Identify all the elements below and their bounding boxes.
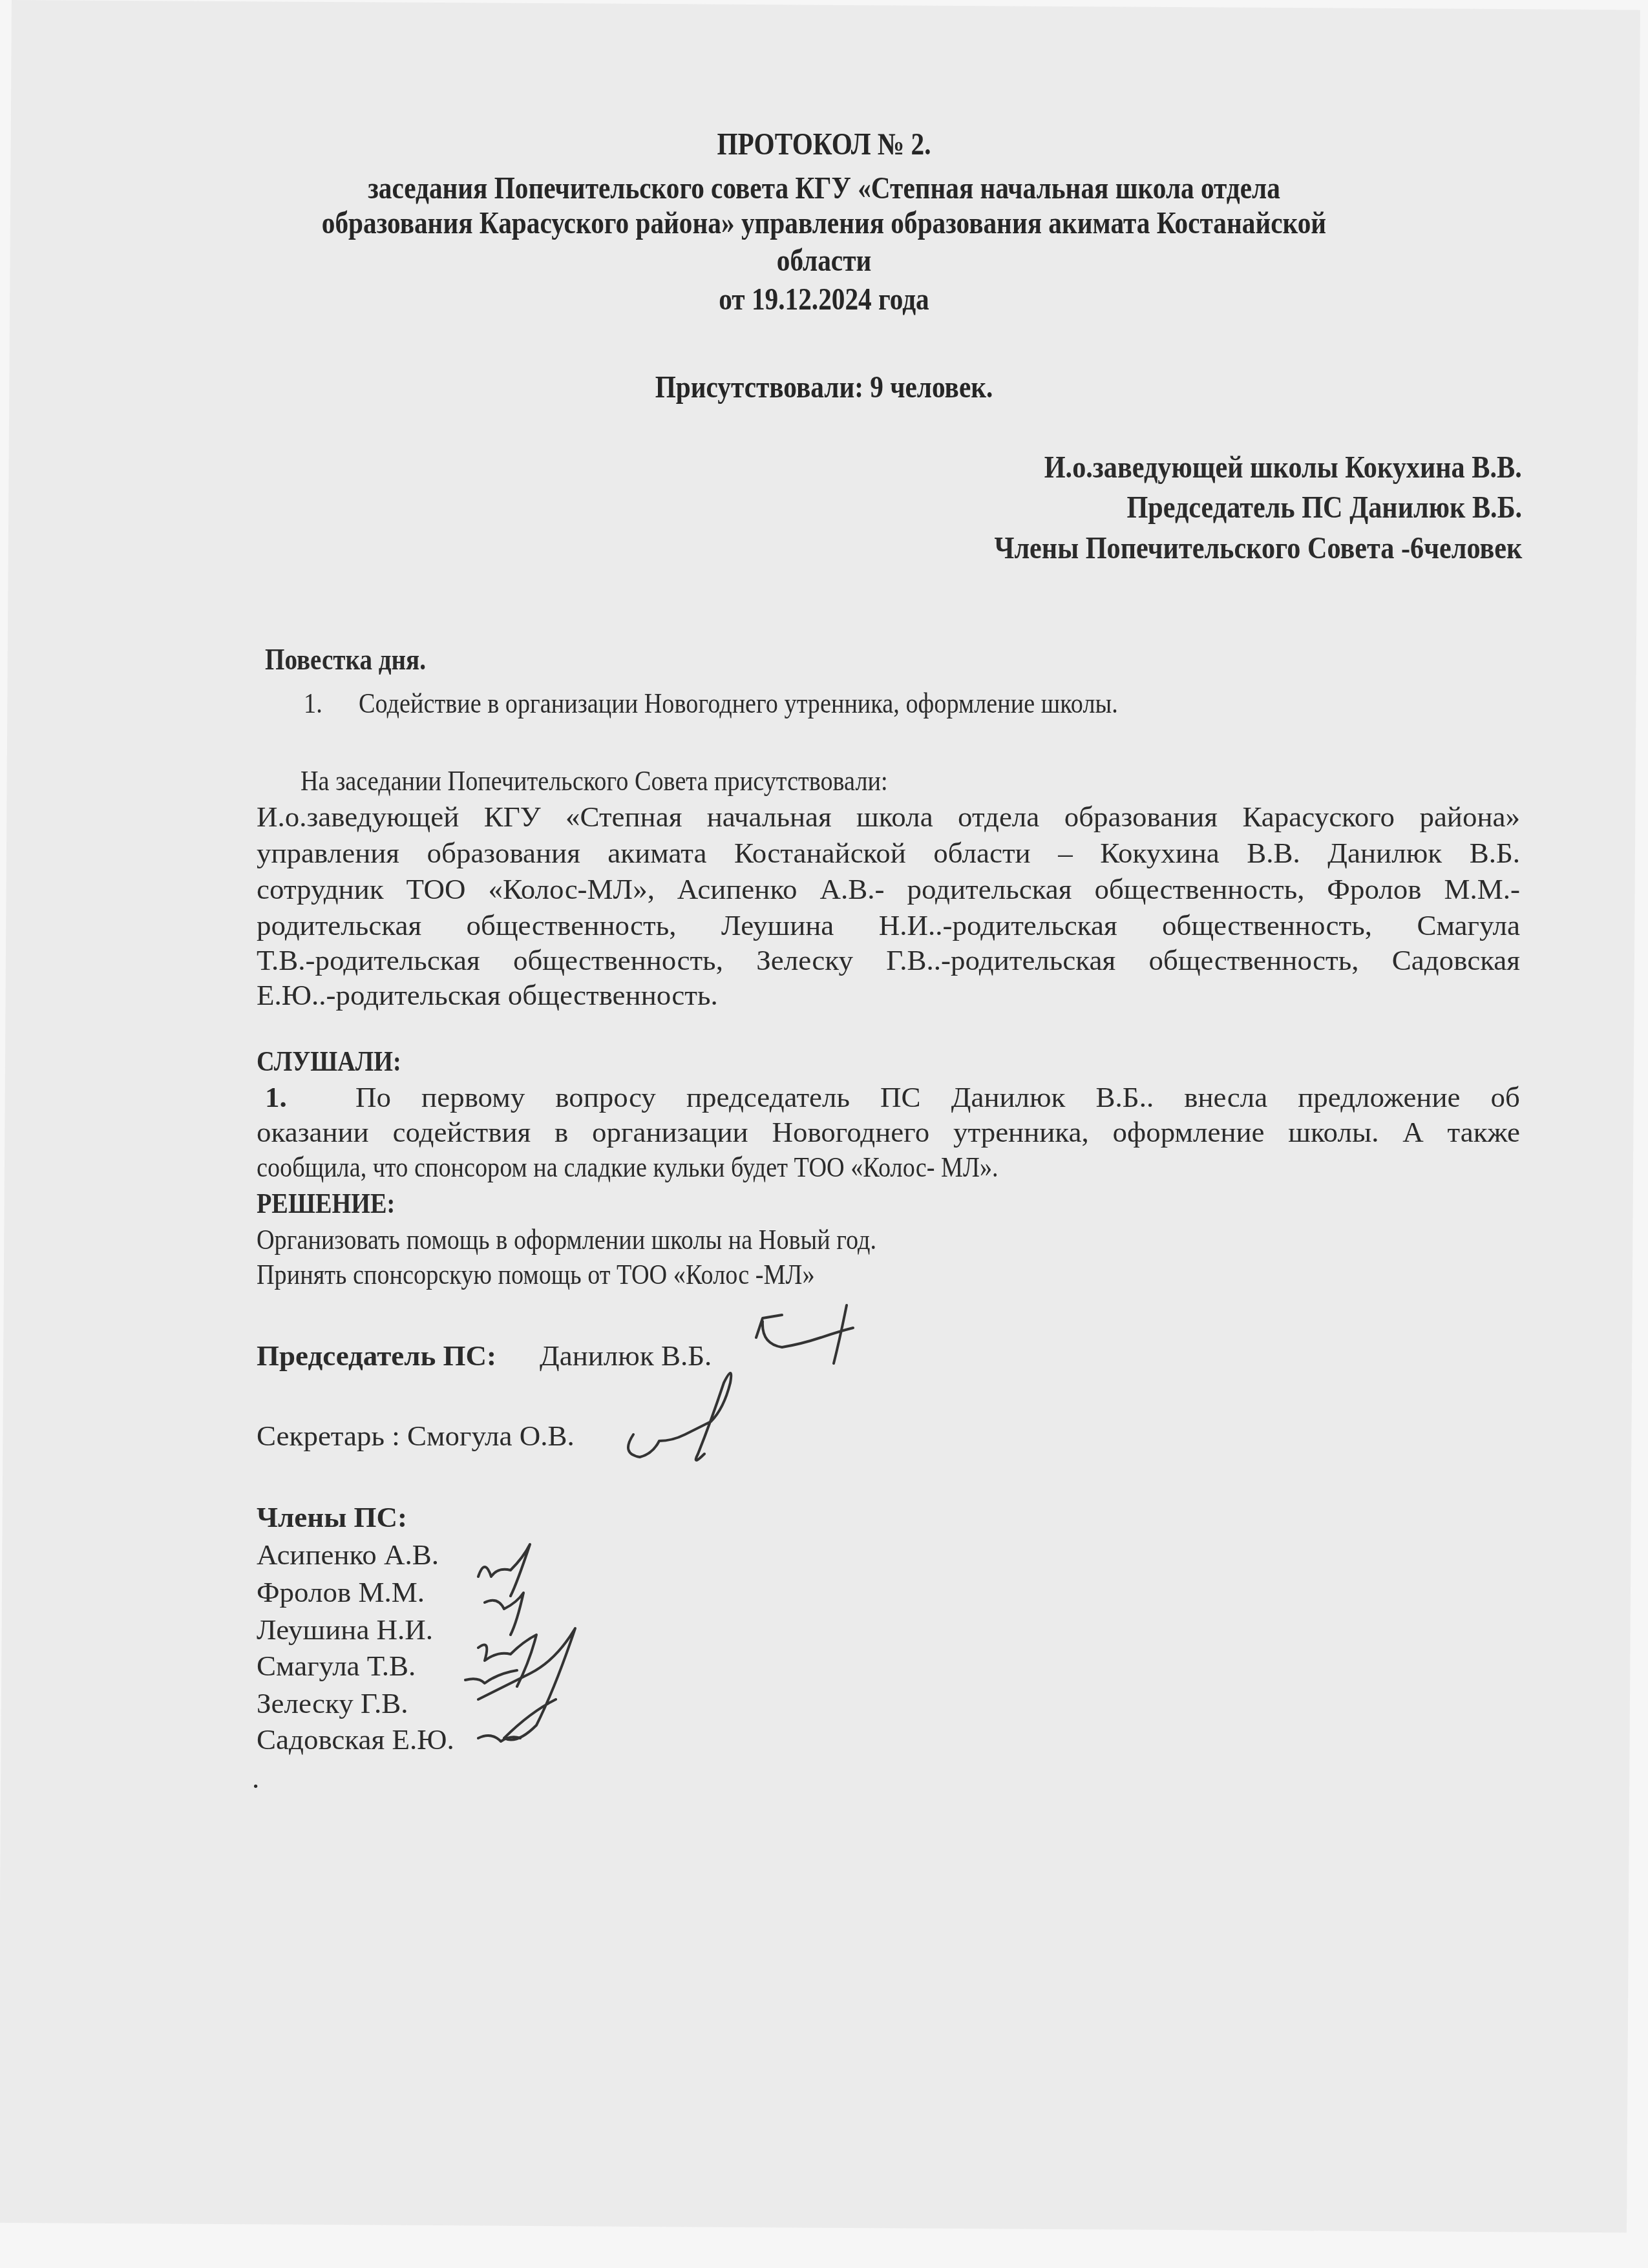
- present-line-4: родительская общественность, Леушина Н.И…: [257, 911, 1520, 940]
- listened-line-3: сообщила, что спонсором на сладкие кульк…: [257, 1153, 998, 1182]
- subtitle-line-2: образования Карасуского района» управлен…: [116, 208, 1533, 239]
- secretary-signature-icon: [614, 1344, 756, 1473]
- chair-label: Председатель ПС:: [257, 1341, 496, 1370]
- listened-heading: СЛУШАЛИ:: [257, 1047, 401, 1076]
- agenda-item-text: Содействие в организации Новогоднего утр…: [359, 689, 1118, 718]
- agenda-item-number: 1.: [304, 689, 322, 718]
- decision-heading: РЕШЕНИЕ:: [257, 1189, 395, 1218]
- member-5: Зелеску Г.В.: [257, 1689, 408, 1718]
- subtitle-line-1: заседания Попечительского совета КГУ «Ст…: [116, 173, 1533, 204]
- document-title: ПРОТОКОЛ № 2.: [116, 129, 1533, 160]
- listened-line-2: оказании содействия в организации Нового…: [257, 1118, 1520, 1147]
- secretary: Секретарь : Смогула О.В.: [257, 1422, 575, 1451]
- present-line-2: управления образования акимата Костанайс…: [257, 839, 1520, 868]
- decision-line-1: Организовать помощь в оформлении школы н…: [257, 1225, 876, 1254]
- present-line-5: Т.В.-родительская общественность, Зелеск…: [257, 946, 1520, 975]
- members-signatures-icon: [388, 1531, 659, 1790]
- attendance-count: Присутствовали: 9 человек.: [116, 372, 1533, 403]
- agenda-heading: Повестка дня.: [265, 645, 426, 675]
- board-members-count: Члены Попечительского Совета -6человек: [994, 533, 1522, 564]
- decision-line-2: Принять спонсорскую помощь от ТОО «Колос…: [257, 1260, 815, 1289]
- present-line-6: Е.Ю..-родительская общественность.: [257, 981, 1520, 1010]
- chair-signature-icon: [743, 1292, 872, 1389]
- listened-line-1: По первому вопросу председатель ПС Данил…: [355, 1083, 1520, 1112]
- present-line-3: сотрудник ТОО «Колос-МЛ», Асипенко А.В.-…: [257, 875, 1520, 904]
- subtitle-line-3: области: [116, 246, 1533, 277]
- present-intro: На заседании Попечительского Совета прис…: [301, 766, 888, 795]
- acting-head: И.о.заведующей школы Кокухина В.В.: [1044, 452, 1522, 483]
- present-line-1: И.о.заведующей КГУ «Степная начальная шк…: [257, 803, 1520, 832]
- board-chair: Председатель ПС Данилюк В.Б.: [1126, 492, 1522, 523]
- members-heading: Члены ПС:: [257, 1503, 407, 1532]
- listened-item-number: 1.: [265, 1083, 287, 1112]
- meeting-date: от 19.12.2024 года: [116, 284, 1533, 315]
- trailing-mark: .: [252, 1764, 259, 1793]
